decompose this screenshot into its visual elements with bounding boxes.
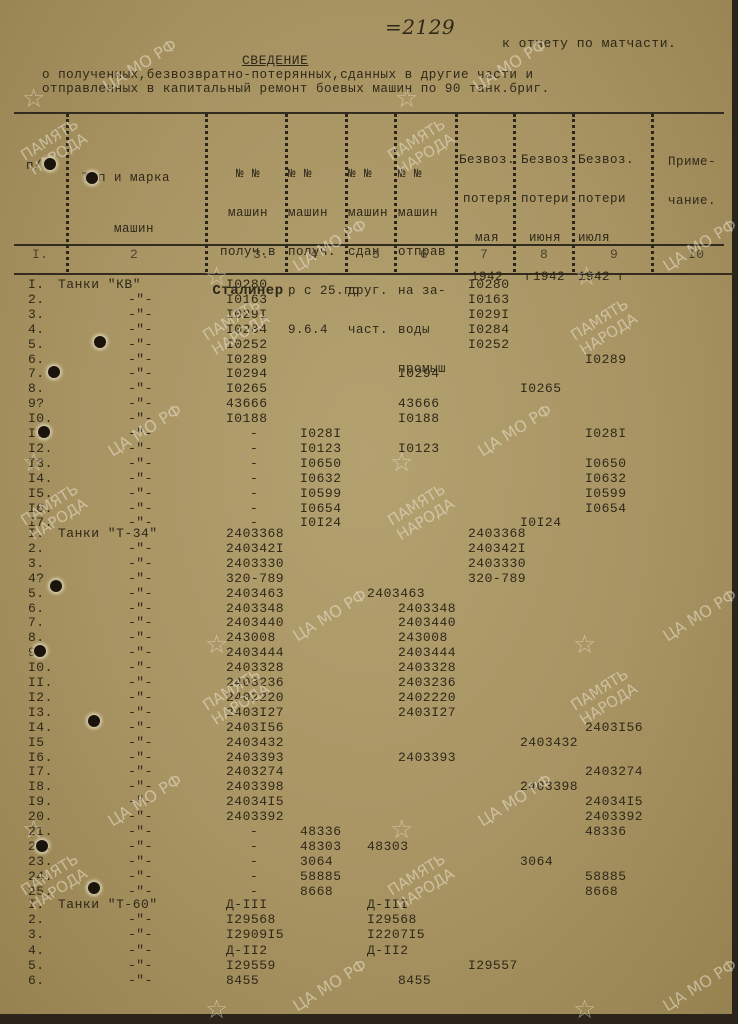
row-number: 5. xyxy=(28,587,45,601)
cell-c3: I0280 xyxy=(226,278,268,292)
watermark-star-icon: ☆ xyxy=(395,84,418,114)
watermark-archive: ЦА МО РФ xyxy=(475,771,555,830)
watermark-star-icon: ☆ xyxy=(22,448,45,478)
row-number: 8. xyxy=(28,631,45,645)
vehicle-type: -"- xyxy=(128,691,153,705)
cell-c6: 2403444 xyxy=(398,646,456,660)
cell-c9: I028I xyxy=(585,427,627,441)
cell-c7: 2403368 xyxy=(468,527,526,541)
vehicle-type: -"- xyxy=(128,646,153,660)
table-top-rule xyxy=(14,112,724,114)
header-line: част. xyxy=(348,324,396,337)
cell-c4: I0123 xyxy=(300,442,342,456)
header-line: г1942 xyxy=(516,271,574,284)
header-line: потеря xyxy=(459,193,515,206)
cell-c7: I029I xyxy=(468,308,510,322)
cell-c3: - xyxy=(250,442,258,456)
cell-c3: 2403274 xyxy=(226,765,284,779)
vehicle-type: -"- xyxy=(128,338,153,352)
row-number: I4. xyxy=(28,721,53,735)
vehicle-type: -"- xyxy=(128,323,153,337)
cell-c6: 243008 xyxy=(398,631,448,645)
cell-c9: 8668 xyxy=(585,885,618,899)
row-number: 7. xyxy=(28,367,45,381)
vehicle-type: -"- xyxy=(128,825,153,839)
cell-c3: 2403393 xyxy=(226,751,284,765)
header-line: друг. xyxy=(348,285,396,298)
cell-c3: 320-789 xyxy=(226,572,284,586)
vehicle-type: -"- xyxy=(128,397,153,411)
row-number: 3. xyxy=(28,557,45,571)
punch-hole xyxy=(50,580,62,592)
punch-hole xyxy=(38,426,50,438)
vehicle-type: -"- xyxy=(128,840,153,854)
vehicle-type: -"- xyxy=(128,472,153,486)
colnum-7: 7 xyxy=(480,248,488,262)
cell-c7: I0163 xyxy=(468,293,510,307)
watermark-star-icon: ☆ xyxy=(575,262,598,292)
vehicle-type: -"- xyxy=(128,928,153,942)
row-number: II. xyxy=(28,676,53,690)
header-line: 9.6.4 xyxy=(288,324,346,337)
vehicle-type: -"- xyxy=(128,557,153,571)
watermark-archive: ЦА МО РФ xyxy=(290,586,370,645)
header-line: Безвоз. xyxy=(459,154,515,167)
punch-hole xyxy=(36,840,48,852)
vehicle-type: -"- xyxy=(128,736,153,750)
cell-c3: 2403432 xyxy=(226,736,284,750)
header-line: № № xyxy=(288,168,346,181)
cell-c3: I0265 xyxy=(226,382,268,396)
header-line: июня xyxy=(516,232,574,245)
vehicle-type: Танки "Т-60" xyxy=(58,898,158,912)
cell-c9: 58885 xyxy=(585,870,627,884)
cell-c4: 58885 xyxy=(300,870,342,884)
cell-c3: 2403I56 xyxy=(226,721,284,735)
cell-c5: I2207I5 xyxy=(367,928,425,942)
cell-c6: 8455 xyxy=(398,974,431,988)
cell-c7: I0252 xyxy=(468,338,510,352)
cell-c3: 2403398 xyxy=(226,780,284,794)
row-number: 8. xyxy=(28,382,45,396)
cell-c3: - xyxy=(250,502,258,516)
cell-c8: I0265 xyxy=(520,382,562,396)
punch-hole xyxy=(34,645,46,657)
header-line: потери xyxy=(578,193,652,206)
vehicle-type: -"- xyxy=(128,367,153,381)
cell-c4: 8668 xyxy=(300,885,333,899)
vehicle-type: -"- xyxy=(128,542,153,556)
cell-c9: I0654 xyxy=(585,502,627,516)
colnum-9: 9 xyxy=(610,248,618,262)
cell-c4: I0599 xyxy=(300,487,342,501)
colnum-8: 8 xyxy=(540,248,548,262)
vehicle-type: -"- xyxy=(128,382,153,396)
row-number: I0. xyxy=(28,412,53,426)
header-line: машин xyxy=(288,207,346,220)
cell-c3: Д-II2 xyxy=(226,944,268,958)
cell-c3: I29568 xyxy=(226,913,276,927)
cell-c5: I29568 xyxy=(367,913,417,927)
cell-c7: 320-789 xyxy=(468,572,526,586)
cell-c6: 2403328 xyxy=(398,661,456,675)
vehicle-type: -"- xyxy=(128,487,153,501)
watermark-archive: ЦА МО РФ xyxy=(290,956,370,1015)
watermark-star-icon: ☆ xyxy=(573,630,596,660)
cell-c3: I2909I5 xyxy=(226,928,284,942)
document-page: =2129 к отчету по матчасти. СВЕДЕНИЕ о п… xyxy=(0,0,732,1014)
cell-c3: 2403392 xyxy=(226,810,284,824)
cell-c4: 48336 xyxy=(300,825,342,839)
col-sep-2 xyxy=(205,114,208,272)
header-line: р с 25.по xyxy=(288,285,346,298)
cell-c9: I0650 xyxy=(585,457,627,471)
header-col-8: Безвоз потери июня г1942 xyxy=(516,128,574,310)
header-line: № № xyxy=(348,168,396,181)
header-line: Приме- xyxy=(668,156,716,169)
cell-c9: 48336 xyxy=(585,825,627,839)
cell-c6: 43666 xyxy=(398,397,440,411)
cell-c4: 3064 xyxy=(300,855,333,869)
header-line: № № xyxy=(212,168,284,181)
colnum-5: 5 xyxy=(372,248,380,262)
vehicle-type: -"- xyxy=(128,974,153,988)
row-number: 4. xyxy=(28,323,45,337)
header-line: потери xyxy=(516,193,574,206)
cell-c8: I0I24 xyxy=(520,516,562,530)
cell-c7: I0284 xyxy=(468,323,510,337)
cell-c5: Д-II2 xyxy=(367,944,409,958)
archive-number: =2129 xyxy=(385,20,455,34)
cell-c6: 2403440 xyxy=(398,616,456,630)
row-number: I9. xyxy=(28,795,53,809)
colnum-3: 3. xyxy=(253,248,270,262)
watermark-star-icon: ☆ xyxy=(390,815,413,845)
cell-c5: 2403463 xyxy=(367,587,425,601)
cell-c3: 2403348 xyxy=(226,602,284,616)
row-number: I2. xyxy=(28,691,53,705)
cell-c4: 48303 xyxy=(300,840,342,854)
row-number: I3. xyxy=(28,706,53,720)
header-line: Безвоз xyxy=(516,154,574,167)
row-number: I8. xyxy=(28,780,53,794)
row-number: I5 xyxy=(28,736,45,750)
vehicle-type: -"- xyxy=(128,870,153,884)
row-number: 2. xyxy=(28,293,45,307)
row-number: 6. xyxy=(28,974,45,988)
cell-c6: 2403I27 xyxy=(398,706,456,720)
header-col-10: Приме- чание. xyxy=(668,130,716,234)
cell-c3: I29559 xyxy=(226,959,276,973)
header-line: воды xyxy=(398,324,456,337)
punch-hole xyxy=(44,158,56,170)
cell-c6: I0294 xyxy=(398,367,440,381)
header-col-2-line: машин xyxy=(114,223,170,236)
cell-c4: I0650 xyxy=(300,457,342,471)
vehicle-type: -"- xyxy=(128,765,153,779)
punch-hole xyxy=(94,336,106,348)
header-line: на за- xyxy=(398,285,456,298)
vehicle-type: -"- xyxy=(128,587,153,601)
watermark-star-icon: ☆ xyxy=(205,262,228,292)
cell-c3: 243008 xyxy=(226,631,276,645)
punch-hole xyxy=(88,882,100,894)
watermark-star-icon: ☆ xyxy=(22,84,45,114)
cell-c3: 2403463 xyxy=(226,587,284,601)
vehicle-type: -"- xyxy=(128,616,153,630)
cell-c7: 240342I xyxy=(468,542,526,556)
cell-c3: 2403440 xyxy=(226,616,284,630)
row-number: 2. xyxy=(28,542,45,556)
row-number: 5. xyxy=(28,959,45,973)
cell-c3: - xyxy=(250,487,258,501)
vehicle-type: Танки "Т-34" xyxy=(58,527,158,541)
cell-c4: I0654 xyxy=(300,502,342,516)
row-number: 6. xyxy=(28,602,45,616)
vehicle-type: -"- xyxy=(128,913,153,927)
watermark-star-icon: ☆ xyxy=(205,995,228,1024)
row-number: 2. xyxy=(28,913,45,927)
colnum-2: 2 xyxy=(130,248,138,262)
cell-c3: - xyxy=(250,472,258,486)
cell-c8: 3064 xyxy=(520,855,553,869)
row-number: 4. xyxy=(28,944,45,958)
row-number: 5. xyxy=(28,338,45,352)
watermark-star-icon: ☆ xyxy=(390,448,413,478)
vehicle-type: -"- xyxy=(128,959,153,973)
document-title: СВЕДЕНИЕ xyxy=(242,54,308,68)
vehicle-type: -"- xyxy=(128,631,153,645)
punch-hole xyxy=(48,366,60,378)
cell-c4: I0632 xyxy=(300,472,342,486)
cell-c3: 8455 xyxy=(226,974,259,988)
row-number: 7. xyxy=(28,616,45,630)
cell-c8: 2403432 xyxy=(520,736,578,750)
vehicle-type: -"- xyxy=(128,293,153,307)
cell-c4: I0I24 xyxy=(300,516,342,530)
watermark-star-icon: ☆ xyxy=(205,630,228,660)
cell-c3: 2403368 xyxy=(226,527,284,541)
cell-c3: 43666 xyxy=(226,397,268,411)
cell-c6: 2403236 xyxy=(398,676,456,690)
cell-c9: 2403274 xyxy=(585,765,643,779)
row-number: 3. xyxy=(28,928,45,942)
cell-c3: 2403330 xyxy=(226,557,284,571)
cell-c3: 240342I xyxy=(226,542,284,556)
header-col-6: № № машин отправ на за- воды промыш xyxy=(398,142,456,402)
row-number: I7. xyxy=(28,765,53,779)
cell-c3: - xyxy=(250,840,258,854)
row-number: 9? xyxy=(28,397,45,411)
vehicle-type: -"- xyxy=(128,676,153,690)
header-line: Безвоз. xyxy=(578,154,652,167)
cell-c3: 2403444 xyxy=(226,646,284,660)
watermark-project: ПАМЯТЬ НАРОДА xyxy=(385,481,458,544)
cell-c9: 2403392 xyxy=(585,810,643,824)
header-line: машин xyxy=(398,207,456,220)
cell-c6: 2402220 xyxy=(398,691,456,705)
punch-hole xyxy=(86,172,98,184)
cell-c4: I028I xyxy=(300,427,342,441)
cell-c7: I29557 xyxy=(468,959,518,973)
cell-c9: I0599 xyxy=(585,487,627,501)
watermark-star-icon: ☆ xyxy=(573,995,596,1024)
cell-c9: 24034I5 xyxy=(585,795,643,809)
cell-c6: 2403393 xyxy=(398,751,456,765)
colnum-1: I. xyxy=(32,248,49,262)
cell-c3: - xyxy=(250,855,258,869)
header-col-2: Тип и марка машин xyxy=(82,146,170,262)
vehicle-type: -"- xyxy=(128,751,153,765)
cell-c7: I0280 xyxy=(468,278,510,292)
vehicle-type: -"- xyxy=(128,855,153,869)
watermark-archive: ЦА МО РФ xyxy=(475,401,555,460)
cell-c3: - xyxy=(250,427,258,441)
cell-c3: 24034I5 xyxy=(226,795,284,809)
cell-c3: I0294 xyxy=(226,367,268,381)
vehicle-type: -"- xyxy=(128,706,153,720)
vehicle-type: -"- xyxy=(128,661,153,675)
header-line: мая xyxy=(459,232,515,245)
vehicle-type: -"- xyxy=(128,457,153,471)
vehicle-type: -"- xyxy=(128,308,153,322)
vehicle-type: -"- xyxy=(128,572,153,586)
cell-c7: 2403330 xyxy=(468,557,526,571)
vehicle-type: -"- xyxy=(128,602,153,616)
row-number: 4? xyxy=(28,572,45,586)
row-number: I. xyxy=(28,278,45,292)
cell-c3: - xyxy=(250,825,258,839)
cell-c3: - xyxy=(250,457,258,471)
row-number: 3. xyxy=(28,308,45,322)
header-line: получ.в xyxy=(212,246,284,259)
colnum-6: 6 xyxy=(420,248,428,262)
vehicle-type: -"- xyxy=(128,721,153,735)
watermark-archive: ЦА МО РФ xyxy=(660,956,738,1015)
cell-c6: 2403348 xyxy=(398,602,456,616)
vehicle-type: Танки "КВ" xyxy=(58,278,141,292)
header-line: машин xyxy=(212,207,284,220)
cell-c3: - xyxy=(250,870,258,884)
cell-c6: I0188 xyxy=(398,412,440,426)
cell-c3: I0289 xyxy=(226,353,268,367)
header-line: чание. xyxy=(668,195,716,208)
cell-c3: Д-III xyxy=(226,898,268,912)
row-number: I0. xyxy=(28,661,53,675)
row-number: I6. xyxy=(28,751,53,765)
vehicle-type: -"- xyxy=(128,502,153,516)
vehicle-type: -"- xyxy=(128,944,153,958)
vehicle-type: -"- xyxy=(128,353,153,367)
watermark-archive: ЦА МО РФ xyxy=(660,586,738,645)
header-line: июля xyxy=(578,232,652,245)
punch-hole xyxy=(88,715,100,727)
cell-c3: I0188 xyxy=(226,412,268,426)
cell-c9: I0632 xyxy=(585,472,627,486)
row-number: 6. xyxy=(28,353,45,367)
